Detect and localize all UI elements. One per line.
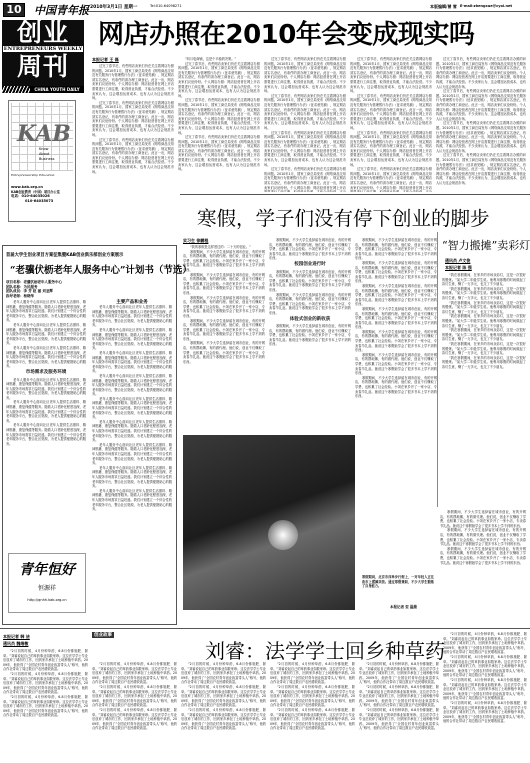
- section-title-bottom: 周刊: [2, 52, 84, 82]
- liu-rui-top-rule: [0, 628, 530, 629]
- liu-rui-col3: “2月初的时候，4月份种草药，6-8月份都施肥、除草。”刘睿说起自己的草药事业如…: [181, 662, 266, 763]
- youth-ad-partner: 恒源祥: [9, 583, 85, 592]
- kab-tag-know: Know: [39, 147, 49, 151]
- photo-lamp-glow: [268, 520, 298, 550]
- kab-plan-headline: “老骥伏枥老年人服务中心”计划书（节选）: [10, 262, 192, 276]
- youth-ad-brand: 青年恒好: [9, 559, 85, 579]
- kab-chart-graphic: KAB Know About Business: [11, 103, 73, 171]
- email-line: E-mail:zhengxue@cyol.net: [460, 4, 512, 8]
- kab-plan-col1: 老年人服务中心面向社区老年人提供生活照料、精神慰藉、康复保健等服务。随着人口老龄…: [6, 300, 86, 545]
- phone-line: Tel:010-64098271: [150, 4, 182, 8]
- winter-photo-caption: 寒假期间，北京市西单步行街上，一对年轻人正在夜市上摆摊卖货。通过寒假兼职，不少大…: [362, 575, 434, 605]
- kab-tag-business: Business: [39, 157, 54, 161]
- kab-plan-meta: 项目名称：老骥伏枥老年人服务中心 团队名称：为民服务 团队成员：李 芳 赵 丽 …: [6, 280, 86, 298]
- kab-plan-kicker: 首届大学生创业项目方案征集暨KAB创业俱乐部创业方案展示: [6, 252, 174, 258]
- lead-body-col5: 过完了春节后，有些网店卖家们仍在关注着网店办照的问题。2010年1月，国家工商总…: [436, 57, 526, 192]
- kab-plan-meta-advisor: 指导老师：杨晓华: [6, 294, 86, 299]
- liu-rui-byline-2: 通讯员 魏绪敏: [3, 641, 28, 647]
- date-line: 2010年3月1日 星期一: [90, 4, 137, 10]
- section-logo: 创业 ENTREPRENEURS WEEKLY 周刊: [2, 20, 84, 86]
- kab-ad[interactable]: KAB Know About Business Entrepreneurship…: [8, 100, 76, 222]
- section-title-top: 创业: [2, 20, 84, 46]
- liu-rui-col5: “2月初的时候，4月份种草药，6-8月份都施肥、除草。”刘睿说起自己的草药事业如…: [359, 662, 439, 763]
- winter-body-col2: 寒假期间，不少大学生选择留在城市创业，有的开网店，有的摆地摊，有的做代理。他们说…: [269, 238, 351, 430]
- kab-plan-col2: 老年人服务中心面向社区老年人提供生活照料、精神慰藉、康复保健等服务。随着人口老龄…: [92, 305, 172, 620]
- sidebar-body: “我在寒假期间，在家乡的市场卖彩灯，这是一次很好的锻炼。”某大学二年级学生说。他…: [442, 273, 526, 505]
- kab-slogan: Entrepreneurship Education: [11, 173, 73, 177]
- masthead-rule: [88, 11, 530, 12]
- liu-rui-tag: 创业故事: [92, 632, 114, 638]
- sidebar-divider: [437, 232, 438, 507]
- sidebar-byline-1: 通讯员 卢文俊: [445, 258, 470, 264]
- editor-line: 本版编辑/曾 雪: [430, 4, 457, 10]
- winter-byline: 实习生 徐鹏程: [183, 238, 208, 244]
- youth-ad[interactable]: 青年恒好 恒源祥 http://qnhh.kab.org.cn: [8, 553, 86, 613]
- winter-body-col1: “我的寒假是这样度过的：二十天的创业。”寒假期间，不少大学生选择留在城市创业，有…: [183, 245, 265, 430]
- liu-rui-col4: “2月初的时候，4月份种草药，6-8月份都施肥、除草。”刘睿说起自己的草药事业如…: [270, 662, 355, 763]
- lead-bottom-rule: [180, 194, 530, 195]
- winter-photo: [183, 435, 355, 610]
- kab-phone2: 010-64035073: [11, 199, 73, 203]
- lead-body-col1: 过完了春节后，有些网店卖家们仍在关注着网店办照的问题。2010年1月，国家工商总…: [92, 64, 174, 192]
- liu-rui-byline-1: 本报记者 韩 洁: [3, 634, 30, 640]
- sidebar-headline: “智力搬摊”卖彩灯: [442, 237, 530, 253]
- kab-tag-about: About: [39, 152, 49, 156]
- kab-logo: KAB: [17, 121, 71, 147]
- winter-body-col3: 寒假期间，不少大学生选择留在城市创业，有的开网店，有的摆地摊，有的做代理。他们说…: [355, 238, 437, 510]
- lead-body-col4: 过完了春节后，有些网店卖家们仍在关注着网店办照的问题。2010年1月，国家工商总…: [350, 57, 432, 192]
- lead-body-col2: “四月电商铺，这是个平稳的决策。”过完了春节后，有些网店卖家们仍在关注着网店办照…: [178, 57, 260, 192]
- lead-byline: 本报记者 王 磊: [92, 57, 119, 63]
- winter-body-col4: 寒假期间，不少大学生选择留在城市创业，有的开网店，有的摆地摊，有的做代理。他们说…: [440, 510, 526, 610]
- liu-rui-col6: “2月初的时候，4月份种草药，6-8月份都施肥、除草。”刘睿说起自己的草药事业如…: [443, 632, 527, 763]
- winter-photo-credit: 本报记者 贺 磊摄: [390, 605, 417, 610]
- lead-headline: 网店办照在2010年会变成现实吗: [98, 14, 474, 51]
- sidebar-byline-2: 本报记者 陈 强: [445, 265, 472, 271]
- lead-body-col3: 过完了春节后，有些网店卖家们仍在关注着网店办照的问题。2010年1月，国家工商总…: [264, 57, 346, 192]
- liu-rui-col2: “2月初的时候，4月份种草药，6-8月份都施肥、除草。”刘睿说起自己的草药事业如…: [92, 662, 177, 763]
- winter-headline: 寒假，学子们没有停下创业的脚步: [197, 203, 490, 231]
- youth-ad-url[interactable]: http://qnhh.kab.org.cn: [9, 598, 85, 602]
- liu-rui-headline: 刘睿：法学学士回乡种草药: [205, 635, 445, 664]
- paper-name-logo: 中国青年报: [34, 2, 89, 18]
- liu-rui-col1: “2月初的时候，4月份种草药，6-8月份都施肥、除草。”刘睿说起自己的草药事业如…: [3, 649, 88, 763]
- page-number-badge: 10: [3, 3, 25, 17]
- section-subtitle: CHINA YOUTH DAILY: [30, 86, 84, 93]
